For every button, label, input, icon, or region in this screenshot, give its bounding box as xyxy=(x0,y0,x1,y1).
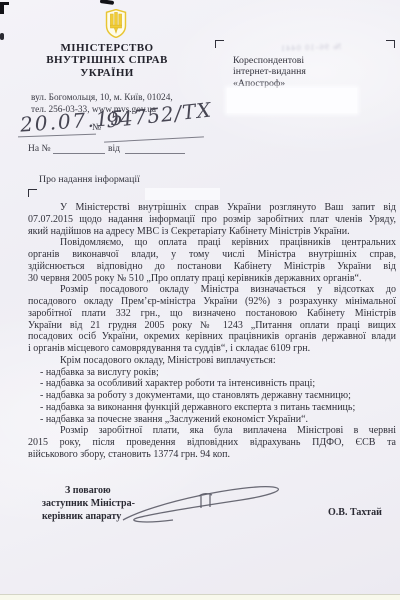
coat-of-arms-icon xyxy=(103,9,129,38)
body-line: заробітної плати 332 грн., що визначено … xyxy=(28,308,396,320)
signer-name: О.В. Тахтай xyxy=(328,507,382,518)
number-sign: № xyxy=(92,123,101,133)
body: У Міністерстві внутрішніх справ України … xyxy=(28,202,396,461)
scan-artifact-dash xyxy=(100,0,114,5)
body-line: посадових осіб України, окремих керівних… xyxy=(28,331,396,343)
redacted-area xyxy=(227,88,357,113)
body-line: і органів місцевого самоврядування та су… xyxy=(28,343,396,355)
body-line: органів виконавчої влади, у тому числі М… xyxy=(28,249,396,261)
reply-prefix: На № xyxy=(28,144,51,154)
body-line: Повідомляємо, що оплата праці керівних п… xyxy=(28,237,396,249)
ministry-name-line: МІНІСТЕРСТВО xyxy=(28,42,186,54)
body-line: посадового окладу Прем’єр-міністра Украї… xyxy=(28,296,396,308)
corner-mark-right xyxy=(386,40,395,48)
scan-artifact-corner xyxy=(0,2,9,5)
reply-number-line xyxy=(53,153,105,154)
corner-mark-left xyxy=(215,40,224,48)
body-line: - надбавка за роботу з документами, що с… xyxy=(28,390,396,402)
body-line: Розмір заробітної плати, яка була виплач… xyxy=(28,425,396,437)
ministry-name-line: ВНУТРІШНІХ СПРАВ xyxy=(28,54,186,66)
body-line: 30 червня 2005 року № 510 „Про оплату пр… xyxy=(28,273,396,285)
recipient-block: Кореспондентові інтернет-видання «Апостр… xyxy=(233,55,306,89)
body-line: - надбавка за почесне звання „Заслужений… xyxy=(28,414,396,426)
body-line: Розмір посадового окладу Міністра визнач… xyxy=(28,284,396,296)
scanned-letter: МІНІСТЕРСТВО ВНУТРІШНІХ СПРАВ УКРАЇНИ ву… xyxy=(0,0,400,600)
corner-mark-left xyxy=(28,189,37,197)
body-line: військового збору, становить 13774 грн. … xyxy=(28,449,396,461)
number-underline xyxy=(104,136,204,142)
recipient-line: інтернет-видання xyxy=(233,66,306,77)
body-line: - надбавка за виконання функцій державно… xyxy=(28,402,396,414)
body-line: Крім посадового окладу, Міністрові випла… xyxy=(28,355,396,367)
recipient-line: Кореспондентові xyxy=(233,55,306,66)
reply-date-line xyxy=(125,153,185,154)
body-line: який надійшов на адресу МВС із Секретарі… xyxy=(28,226,396,238)
body-line: України від 21 грудня 2005 року № 1243 „… xyxy=(28,320,396,332)
bleed-through-stamp: № 96-10 0441 xyxy=(280,41,342,53)
body-line: здійснюється відповідно до постанови Каб… xyxy=(28,261,396,273)
ministry-name-line: УКРАЇНИ xyxy=(28,67,186,79)
body-line: У Міністерстві внутрішніх справ України … xyxy=(28,202,396,214)
reply-from-label: від xyxy=(108,144,120,154)
scan-artifact-dash xyxy=(0,33,4,40)
scan-edge xyxy=(0,594,400,600)
body-line: 2015 року, після проведення відповідних … xyxy=(28,437,396,449)
body-line: - надбавка за вислугу років; xyxy=(28,367,396,379)
body-line: - надбавка за особливий характер роботи … xyxy=(28,378,396,390)
ministry-name: МІНІСТЕРСТВО ВНУТРІШНІХ СПРАВ УКРАЇНИ xyxy=(28,42,186,79)
subject-line: Про надання інформації xyxy=(39,174,140,185)
signature-stroke xyxy=(115,480,295,535)
body-line: 07.07.2015 щодо надання інформації про р… xyxy=(28,214,396,226)
redacted-area xyxy=(145,188,220,200)
